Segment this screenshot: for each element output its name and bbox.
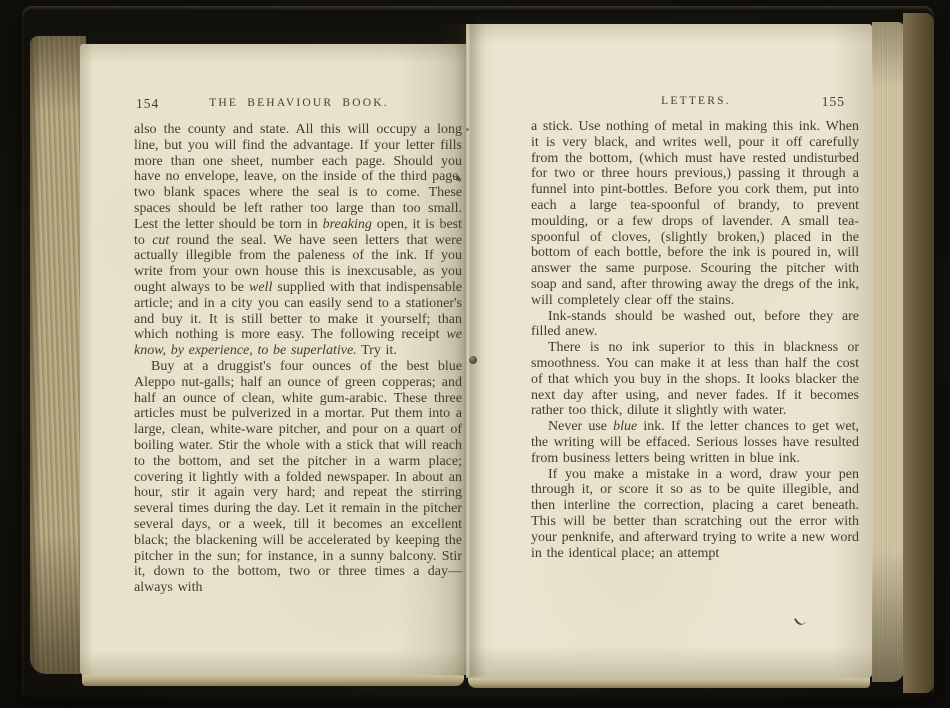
paragraph: There is no ink superior to this in blac… xyxy=(531,340,859,419)
paragraph: Buy at a druggist's four ounces of the b… xyxy=(134,359,462,596)
paragraph: If you make a mistake in a word, draw yo… xyxy=(531,467,859,562)
photo-background: 154 THE BEHAVIOUR BOOK. also the county … xyxy=(0,0,950,708)
left-page: 154 THE BEHAVIOUR BOOK. also the county … xyxy=(80,44,466,675)
paragraph: Never use blue ink. If the letter chance… xyxy=(531,419,859,466)
cover-right-edge xyxy=(903,13,934,693)
left-page-text: also the county and state. All this will… xyxy=(134,122,462,596)
binding-stitch-hole xyxy=(469,356,477,364)
page-edges-left xyxy=(30,36,86,674)
left-running-title: THE BEHAVIOUR BOOK. xyxy=(134,97,464,109)
right-page: LETTERS. 155 a stick. Use nothing of met… xyxy=(466,24,872,678)
paragraph: Ink-stands should be washed out, before … xyxy=(531,309,859,341)
page-edges-bottom-right xyxy=(468,677,870,688)
page-edges-right xyxy=(872,22,904,682)
binding-stitch-hole-small xyxy=(456,176,460,181)
right-page-text: a stick. Use nothing of metal in making … xyxy=(531,119,859,561)
paper-speck xyxy=(466,128,469,131)
paragraph: a stick. Use nothing of metal in making … xyxy=(531,119,859,309)
paragraph: also the county and state. All this will… xyxy=(134,122,462,359)
left-page-header: 154 THE BEHAVIOUR BOOK. xyxy=(134,96,464,112)
right-page-header: LETTERS. 155 xyxy=(531,94,861,110)
right-page-number: 155 xyxy=(822,94,845,110)
top-edge-shadow xyxy=(474,10,904,24)
right-running-title: LETTERS. xyxy=(531,95,861,107)
